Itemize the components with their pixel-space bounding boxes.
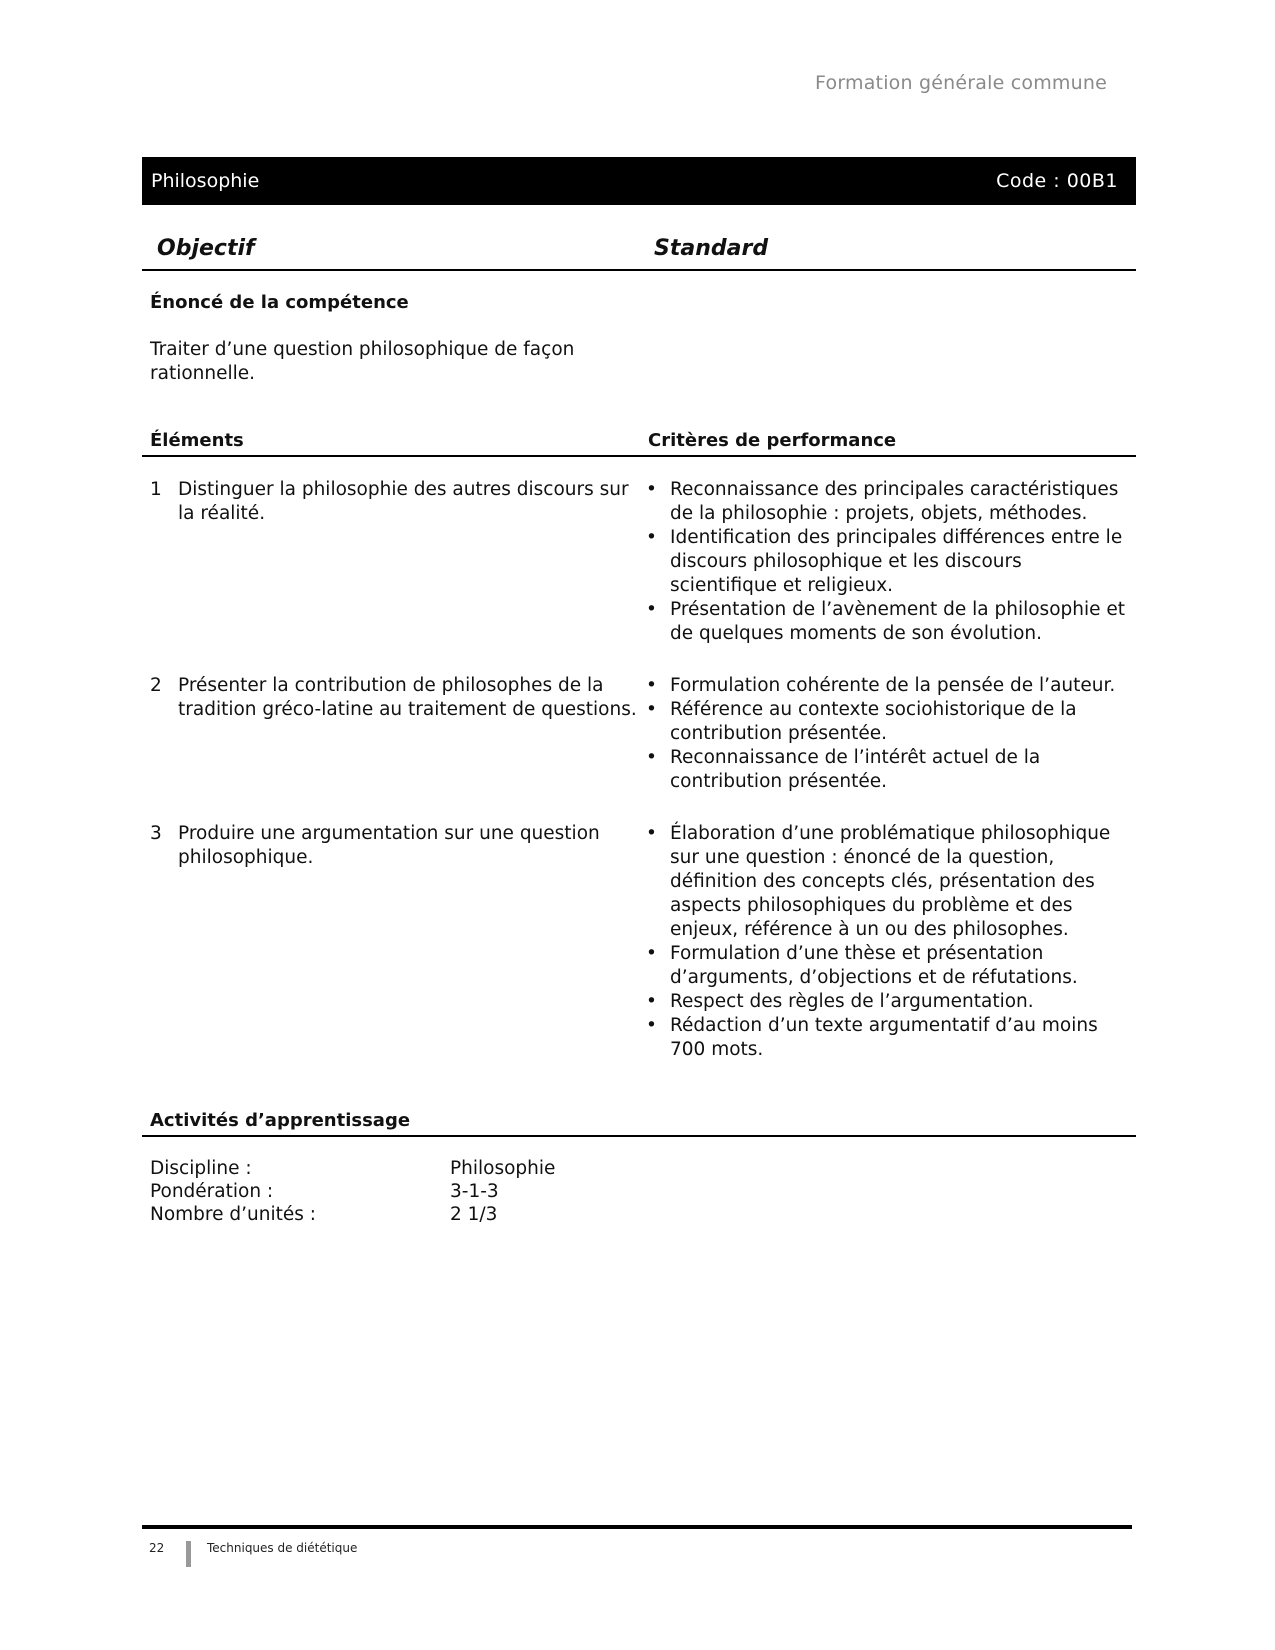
activities-rule (142, 1135, 1136, 1137)
bullet-icon: • (646, 822, 657, 846)
title-bar: Philosophie Code : 00B1 (142, 157, 1136, 205)
elements-header: Éléments (150, 430, 244, 451)
heading-rule (142, 269, 1136, 271)
activities-row-units: Nombre d’unités : 2 1/3 (150, 1203, 555, 1226)
criterion-text: Formulation cohérente de la pensée de l’… (670, 675, 1115, 696)
element-text: Présenter la contribution de philosophes… (178, 674, 638, 722)
criteria-list: •Élaboration d’une problématique philoso… (646, 822, 1126, 1062)
bullet-icon: • (646, 478, 657, 502)
criterion-item: •Élaboration d’une problématique philoso… (646, 822, 1126, 942)
ponderation-value: 3-1-3 (450, 1180, 499, 1203)
objectif-heading: Objectif (157, 236, 255, 261)
criterion-item: •Référence au contexte sociohistorique d… (646, 698, 1126, 746)
bullet-icon: • (646, 942, 657, 966)
discipline-label: Discipline : (150, 1157, 450, 1180)
competence-label: Énoncé de la compétence (150, 292, 409, 313)
standard-heading: Standard (654, 236, 768, 261)
bullet-icon: • (646, 1014, 657, 1038)
activities-table: Discipline : Philosophie Pondération : 3… (150, 1157, 555, 1226)
criterion-text: Élaboration d’une problématique philosop… (670, 823, 1110, 940)
criterion-text: Formulation d’une thèse et présentation … (670, 943, 1078, 988)
units-value: 2 1/3 (450, 1203, 497, 1226)
footer-separator (186, 1541, 191, 1567)
activities-row-ponderation: Pondération : 3-1-3 (150, 1180, 555, 1203)
bullet-icon: • (646, 674, 657, 698)
bullet-icon: • (646, 598, 657, 622)
activities-row-discipline: Discipline : Philosophie (150, 1157, 555, 1180)
criterion-text: Respect des règles de l’argumentation. (670, 991, 1034, 1012)
bullet-icon: • (646, 526, 657, 550)
criterion-item: •Formulation cohérente de la pensée de l… (646, 674, 1126, 698)
bullet-icon: • (646, 698, 657, 722)
criteria-header: Critères de performance (648, 430, 896, 451)
element-text: Distinguer la philosophie des autres dis… (178, 478, 638, 526)
discipline-value: Philosophie (450, 1157, 555, 1180)
element-number: 3 (150, 822, 162, 846)
subject-title: Philosophie (151, 170, 259, 192)
page-number: 22 (149, 1541, 164, 1555)
criterion-item: •Reconnaissance de l’intérêt actuel de l… (646, 746, 1126, 794)
table-header-rule (142, 455, 1136, 457)
criterion-item: •Reconnaissance des principales caractér… (646, 478, 1126, 526)
criteria-list: •Formulation cohérente de la pensée de l… (646, 674, 1126, 794)
program-title: Techniques de diététique (207, 1541, 357, 1555)
units-label: Nombre d’unités : (150, 1203, 450, 1226)
element-number: 1 (150, 478, 162, 502)
criterion-item: •Respect des règles de l’argumentation. (646, 990, 1126, 1014)
running-head: Formation générale commune (815, 72, 1107, 94)
element-number: 2 (150, 674, 162, 698)
course-code: Code : 00B1 (996, 170, 1118, 192)
element-text: Produire une argumentation sur une quest… (178, 822, 638, 870)
criterion-text: Référence au contexte sociohistorique de… (670, 699, 1077, 744)
footer-rule (142, 1525, 1132, 1529)
competence-text: Traiter d’une question philosophique de … (150, 338, 590, 386)
criterion-item: •Identification des principales différen… (646, 526, 1126, 598)
bullet-icon: • (646, 990, 657, 1014)
criterion-item: •Présentation de l’avènement de la philo… (646, 598, 1126, 646)
criterion-text: Rédaction d’un texte argumentatif d’au m… (670, 1015, 1098, 1060)
criterion-item: •Formulation d’une thèse et présentation… (646, 942, 1126, 990)
criterion-text: Présentation de l’avènement de la philos… (670, 599, 1125, 644)
criterion-text: Reconnaissance de l’intérêt actuel de la… (670, 747, 1040, 792)
criterion-text: Identification des principales différenc… (670, 527, 1122, 596)
activities-label: Activités d’apprentissage (150, 1110, 410, 1131)
ponderation-label: Pondération : (150, 1180, 450, 1203)
criteria-list: •Reconnaissance des principales caractér… (646, 478, 1126, 646)
bullet-icon: • (646, 746, 657, 770)
criterion-text: Reconnaissance des principales caractéri… (670, 479, 1118, 524)
criterion-item: •Rédaction d’un texte argumentatif d’au … (646, 1014, 1126, 1062)
